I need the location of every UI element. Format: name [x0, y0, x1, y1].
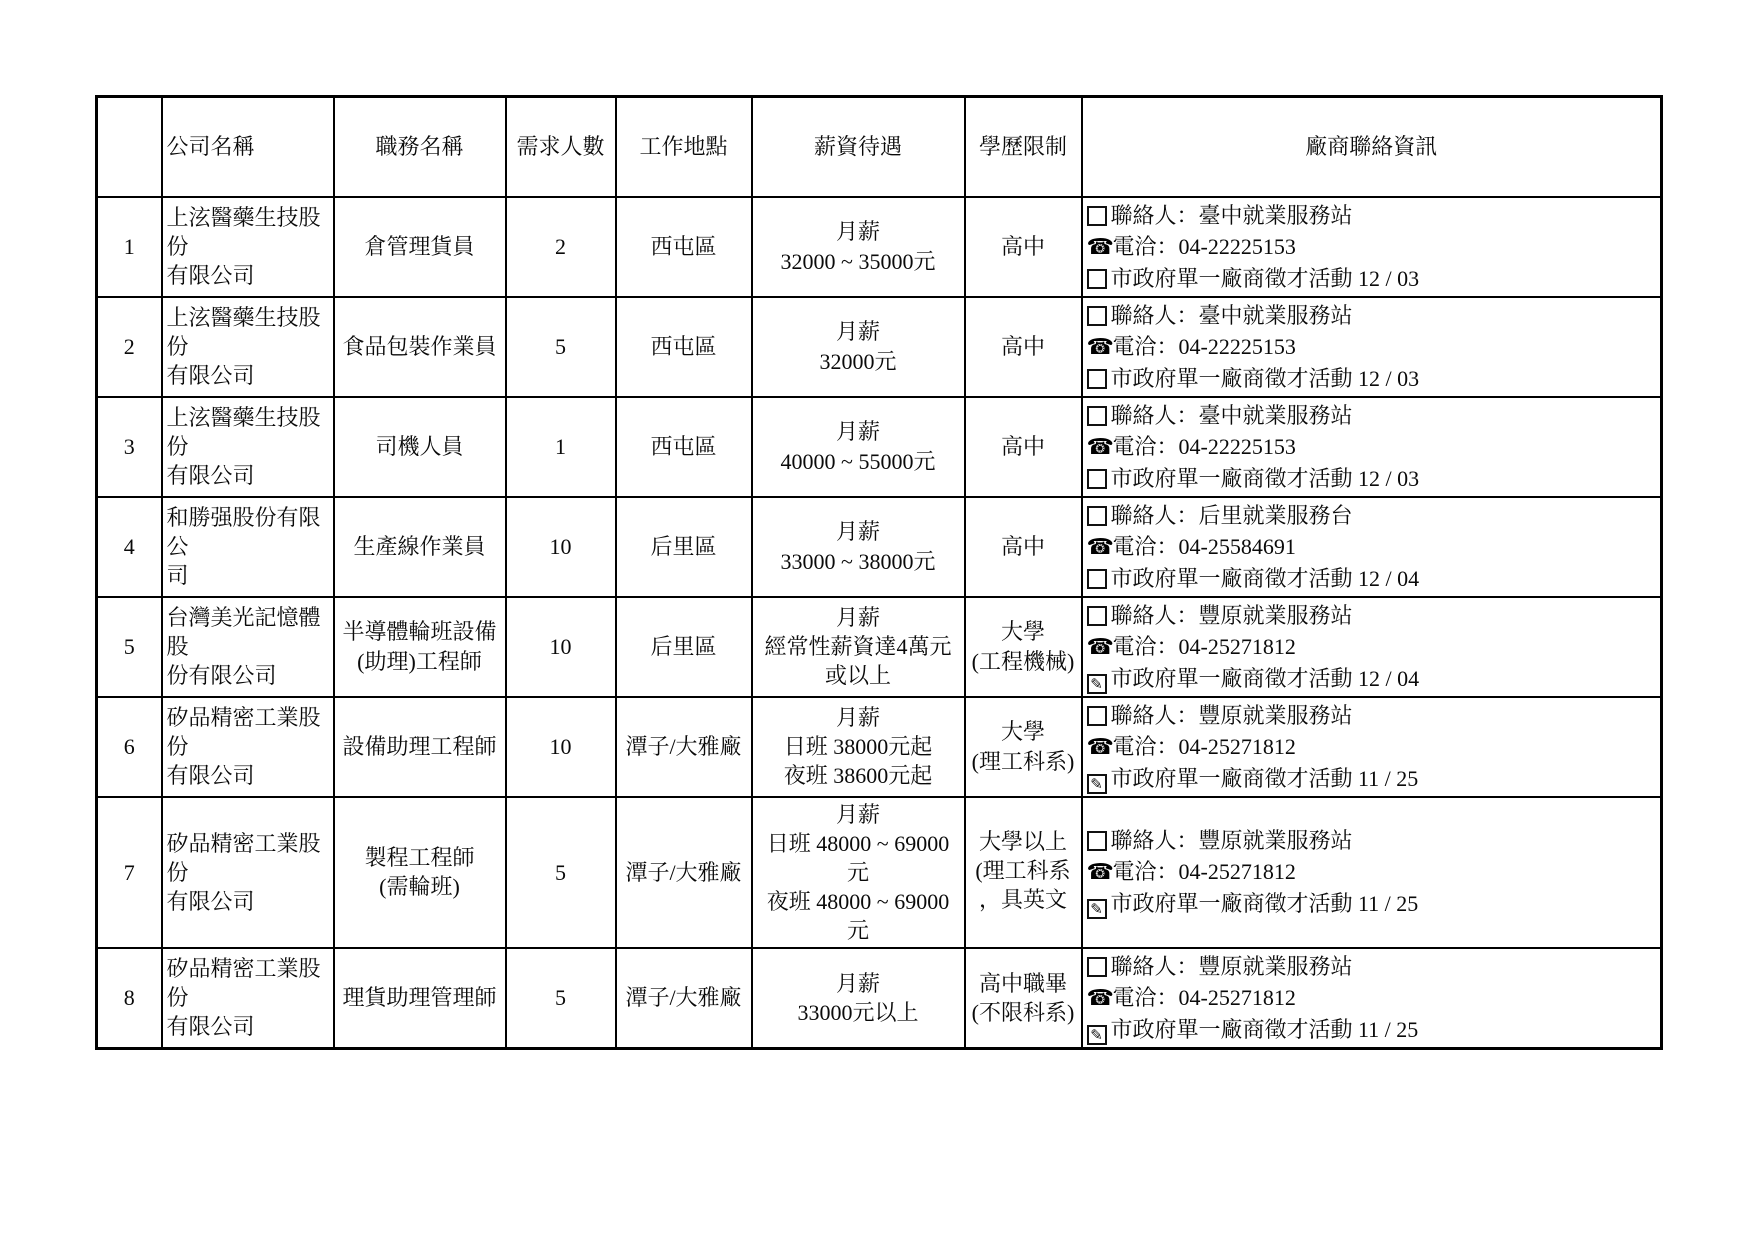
contact-person: 聯絡人：豐原就業服務站: [1111, 828, 1353, 853]
phone-icon: ☎: [1087, 632, 1111, 663]
event-info: 市政府單一廠商徵才活動 12 / 03: [1111, 266, 1420, 291]
headcount: 1: [506, 397, 616, 497]
checkbox-icon: [1087, 957, 1107, 977]
header-job: 職務名稱: [334, 97, 506, 197]
checkbox-icon: [1087, 569, 1107, 589]
contact-phone: 電洽：04-25271812: [1113, 734, 1296, 759]
doc-pencil-icon: ✎: [1087, 1025, 1107, 1045]
work-location: 后里區: [616, 597, 752, 697]
checkbox-icon: [1087, 369, 1107, 389]
salary: 月薪 經常性薪資達4萬元 或以上: [752, 597, 965, 697]
work-location: 西屯區: [616, 297, 752, 397]
contact-phone: 電洽：04-25584691: [1113, 534, 1296, 559]
row-number: 8: [97, 948, 162, 1049]
company-name: 上泫醫藥生技股份 有限公司: [162, 197, 334, 297]
education-requirement: 高中: [965, 497, 1082, 597]
job-title: 司機人員: [334, 397, 506, 497]
contact-info: 聯絡人：后里就業服務台 ☎電洽：04-25584691 市政府單一廠商徵才活動 …: [1082, 497, 1662, 597]
contact-person: 聯絡人：豐原就業服務站: [1111, 703, 1353, 728]
table-row: 8 矽品精密工業股份 有限公司 理貨助理管理師 5 潭子/大雅廠 月薪 3300…: [97, 948, 1662, 1049]
header-row: 公司名稱 職務名稱 需求人數 工作地點 薪資待遇 學歷限制 廠商聯絡資訊: [97, 97, 1662, 197]
contact-person: 聯絡人：臺中就業服務站: [1111, 203, 1353, 228]
company-name: 和勝强股份有限公 司: [162, 497, 334, 597]
work-location: 后里區: [616, 497, 752, 597]
phone-icon: ☎: [1087, 232, 1111, 263]
headcount: 2: [506, 197, 616, 297]
job-title: 設備助理工程師: [334, 697, 506, 797]
checkbox-icon: [1087, 706, 1107, 726]
event-info: 市政府單一廠商徵才活動 12 / 04: [1111, 666, 1420, 691]
table-row: 1 上泫醫藥生技股份 有限公司 倉管理貨員 2 西屯區 月薪 32000 ~ 3…: [97, 197, 1662, 297]
row-number: 1: [97, 197, 162, 297]
education-requirement: 大學 (工程機械): [965, 597, 1082, 697]
education-requirement: 高中: [965, 297, 1082, 397]
salary: 月薪 日班 48000 ~ 69000元 夜班 48000 ~ 69000元: [752, 797, 965, 948]
company-name: 台灣美光記憶體股 份有限公司: [162, 597, 334, 697]
job-table: 公司名稱 職務名稱 需求人數 工作地點 薪資待遇 學歷限制 廠商聯絡資訊 1 上…: [95, 95, 1663, 1050]
company-name: 上泫醫藥生技股份 有限公司: [162, 397, 334, 497]
phone-icon: ☎: [1087, 732, 1111, 763]
work-location: 西屯區: [616, 397, 752, 497]
row-number: 6: [97, 697, 162, 797]
doc-pencil-icon: ✎: [1087, 674, 1107, 694]
header-blank: [97, 97, 162, 197]
header-location: 工作地點: [616, 97, 752, 197]
table-row: 5 台灣美光記憶體股 份有限公司 半導體輪班設備 (助理)工程師 10 后里區 …: [97, 597, 1662, 697]
checkbox-icon: [1087, 306, 1107, 326]
checkbox-icon: [1087, 206, 1107, 226]
contact-person: 聯絡人：后里就業服務台: [1111, 503, 1353, 528]
contact-phone: 電洽：04-25271812: [1113, 634, 1296, 659]
checkbox-icon: [1087, 406, 1107, 426]
headcount: 5: [506, 797, 616, 948]
headcount: 10: [506, 497, 616, 597]
event-info: 市政府單一廠商徵才活動 11 / 25: [1111, 1017, 1419, 1042]
salary: 月薪 32000 ~ 35000元: [752, 197, 965, 297]
table-row: 4 和勝强股份有限公 司 生產線作業員 10 后里區 月薪 33000 ~ 38…: [97, 497, 1662, 597]
job-listing-page: 公司名稱 職務名稱 需求人數 工作地點 薪資待遇 學歷限制 廠商聯絡資訊 1 上…: [0, 0, 1755, 1241]
header-company: 公司名稱: [162, 97, 334, 197]
work-location: 潭子/大雅廠: [616, 797, 752, 948]
contact-info: 聯絡人：豐原就業服務站 ☎電洽：04-25271812 ✎市政府單一廠商徵才活動…: [1082, 597, 1662, 697]
company-name: 矽品精密工業股份 有限公司: [162, 948, 334, 1049]
phone-icon: ☎: [1087, 857, 1111, 888]
contact-phone: 電洽：04-25271812: [1113, 859, 1296, 884]
education-requirement: 高中職畢 (不限科系): [965, 948, 1082, 1049]
job-title: 理貨助理管理師: [334, 948, 506, 1049]
company-name: 矽品精密工業股份 有限公司: [162, 697, 334, 797]
job-title: 半導體輪班設備 (助理)工程師: [334, 597, 506, 697]
event-info: 市政府單一廠商徵才活動 12 / 03: [1111, 466, 1420, 491]
row-number: 2: [97, 297, 162, 397]
education-requirement: 大學 (理工科系): [965, 697, 1082, 797]
salary: 月薪 日班 38000元起 夜班 38600元起: [752, 697, 965, 797]
row-number: 7: [97, 797, 162, 948]
salary: 月薪 32000元: [752, 297, 965, 397]
table-row: 6 矽品精密工業股份 有限公司 設備助理工程師 10 潭子/大雅廠 月薪 日班 …: [97, 697, 1662, 797]
contact-person: 聯絡人：臺中就業服務站: [1111, 403, 1353, 428]
education-requirement: 高中: [965, 397, 1082, 497]
header-count: 需求人數: [506, 97, 616, 197]
doc-pencil-icon: ✎: [1087, 774, 1107, 794]
checkbox-icon: [1087, 606, 1107, 626]
contact-info: 聯絡人：豐原就業服務站 ☎電洽：04-25271812 ✎市政府單一廠商徵才活動…: [1082, 948, 1662, 1049]
education-requirement: 高中: [965, 197, 1082, 297]
phone-icon: ☎: [1087, 332, 1111, 363]
contact-person: 聯絡人：豐原就業服務站: [1111, 954, 1353, 979]
checkbox-icon: [1087, 831, 1107, 851]
salary: 月薪 33000 ~ 38000元: [752, 497, 965, 597]
checkbox-icon: [1087, 469, 1107, 489]
row-number: 4: [97, 497, 162, 597]
contact-phone: 電洽：04-22225153: [1113, 234, 1296, 259]
contact-info: 聯絡人：臺中就業服務站 ☎電洽：04-22225153 市政府單一廠商徵才活動 …: [1082, 297, 1662, 397]
company-name: 上泫醫藥生技股份 有限公司: [162, 297, 334, 397]
event-info: 市政府單一廠商徵才活動 11 / 25: [1111, 891, 1419, 916]
headcount: 10: [506, 697, 616, 797]
contact-info: 聯絡人：豐原就業服務站 ☎電洽：04-25271812 ✎市政府單一廠商徵才活動…: [1082, 697, 1662, 797]
doc-pencil-icon: ✎: [1087, 899, 1107, 919]
contact-phone: 電洽：04-25271812: [1113, 985, 1296, 1010]
work-location: 潭子/大雅廠: [616, 948, 752, 1049]
salary: 月薪 40000 ~ 55000元: [752, 397, 965, 497]
table-row: 2 上泫醫藥生技股份 有限公司 食品包裝作業員 5 西屯區 月薪 32000元 …: [97, 297, 1662, 397]
work-location: 西屯區: [616, 197, 752, 297]
row-number: 3: [97, 397, 162, 497]
work-location: 潭子/大雅廠: [616, 697, 752, 797]
table-row: 7 矽品精密工業股份 有限公司 製程工程師 (需輪班) 5 潭子/大雅廠 月薪 …: [97, 797, 1662, 948]
headcount: 10: [506, 597, 616, 697]
contact-person: 聯絡人：臺中就業服務站: [1111, 303, 1353, 328]
checkbox-icon: [1087, 269, 1107, 289]
header-contact: 廠商聯絡資訊: [1082, 97, 1662, 197]
contact-info: 聯絡人：豐原就業服務站 ☎電洽：04-25271812 ✎市政府單一廠商徵才活動…: [1082, 797, 1662, 948]
contact-phone: 電洽：04-22225153: [1113, 334, 1296, 359]
event-info: 市政府單一廠商徵才活動 12 / 04: [1111, 566, 1420, 591]
event-info: 市政府單一廠商徵才活動 11 / 25: [1111, 766, 1419, 791]
phone-icon: ☎: [1087, 532, 1111, 563]
contact-info: 聯絡人：臺中就業服務站 ☎電洽：04-22225153 市政府單一廠商徵才活動 …: [1082, 197, 1662, 297]
contact-info: 聯絡人：臺中就業服務站 ☎電洽：04-22225153 市政府單一廠商徵才活動 …: [1082, 397, 1662, 497]
job-title: 生產線作業員: [334, 497, 506, 597]
header-salary: 薪資待遇: [752, 97, 965, 197]
row-number: 5: [97, 597, 162, 697]
table-row: 3 上泫醫藥生技股份 有限公司 司機人員 1 西屯區 月薪 40000 ~ 55…: [97, 397, 1662, 497]
company-name: 矽品精密工業股份 有限公司: [162, 797, 334, 948]
phone-icon: ☎: [1087, 983, 1111, 1014]
job-title: 食品包裝作業員: [334, 297, 506, 397]
salary: 月薪 33000元以上: [752, 948, 965, 1049]
event-info: 市政府單一廠商徵才活動 12 / 03: [1111, 366, 1420, 391]
checkbox-icon: [1087, 506, 1107, 526]
contact-person: 聯絡人：豐原就業服務站: [1111, 603, 1353, 628]
header-education: 學歷限制: [965, 97, 1082, 197]
headcount: 5: [506, 297, 616, 397]
job-title: 倉管理貨員: [334, 197, 506, 297]
headcount: 5: [506, 948, 616, 1049]
contact-phone: 電洽：04-22225153: [1113, 434, 1296, 459]
job-title: 製程工程師 (需輪班): [334, 797, 506, 948]
education-requirement: 大學以上 (理工科系 ，具英文能 力): [965, 797, 1082, 948]
phone-icon: ☎: [1087, 432, 1111, 463]
